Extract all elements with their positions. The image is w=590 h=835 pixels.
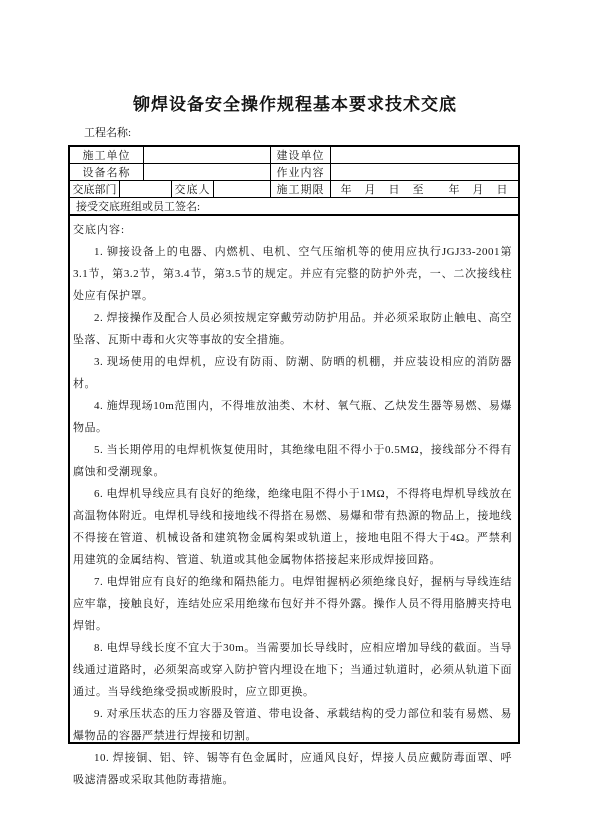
content-paragraph-2: 2. 焊接操作及配合人员必须按规定穿戴劳动防护用品。并必须采取防止触电、高空坠落… — [73, 307, 512, 351]
client-unit-value — [331, 147, 518, 163]
content-paragraph-3: 3. 现场使用的电焊机，应设有防雨、防潮、防晒的机棚，并应装设相应的消防器材。 — [73, 351, 512, 395]
disclosure-content-cell: 交底内容: 1. 铆接设备上的电器、内燃机、电机、空气压缩机等的使用应执行JGJ… — [70, 216, 518, 791]
disclosure-form-table: 施工单位 建设单位 设备名称 作业内容 交底部门 交底人 施工期限 年 月 日 … — [68, 145, 520, 744]
content-paragraph-1: 1. 铆接设备上的电器、内燃机、电机、空气压缩机等的使用应执行JGJ33-200… — [73, 241, 512, 307]
content-paragraph-5: 5. 当长期停用的电焊机恢复使用时，其绝缘电阻不得小于0.5MΩ，接线部分不得有… — [73, 439, 512, 483]
row-disclosure: 交底部门 交底人 施工期限 年 月 日 至 年 月 日 — [70, 181, 518, 198]
content-heading: 交底内容: — [73, 219, 512, 241]
discloser-value — [214, 181, 271, 197]
construction-period-label: 施工期限 — [271, 181, 331, 197]
project-name-label: 工程名称: — [84, 127, 590, 140]
construction-period-value: 年 月 日 至 年 月 日 — [331, 181, 518, 197]
client-unit-label: 建设单位 — [271, 147, 331, 163]
signature-label: 接受交底班组或员工签名: — [70, 198, 518, 214]
row-signature-label: 接受交底班组或员工签名: — [70, 198, 518, 215]
equipment-name-label: 设备名称 — [70, 164, 144, 180]
row-content: 交底内容: 1. 铆接设备上的电器、内燃机、电机、空气压缩机等的使用应执行JGJ… — [70, 216, 518, 791]
document-page: 铆焊设备安全操作规程基本要求技术交底 工程名称: 施工单位 建设单位 设备名称 … — [0, 0, 590, 835]
content-paragraph-4: 4. 施焊现场10m范围内，不得堆放油类、木材、氧气瓶、乙炔发生器等易燃、易爆物… — [73, 395, 512, 439]
disclosure-dept-label: 交底部门 — [70, 181, 120, 197]
content-paragraph-7: 7. 电焊钳应有良好的绝缘和隔热能力。电焊钳握柄必须绝缘良好，握柄与导线连结应牢… — [73, 571, 512, 637]
work-content-label: 作业内容 — [271, 164, 331, 180]
discloser-label: 交底人 — [172, 181, 214, 197]
content-paragraph-8: 8. 电焊导线长度不宜大于30m。当需要加长导线时，应相应增加导线的截面。当导线… — [73, 637, 512, 703]
row-units: 施工单位 建设单位 — [70, 147, 518, 164]
content-paragraph-6: 6. 电焊机导线应具有良好的绝缘，绝缘电阻不得小于1MΩ，不得将电焊机导线放在高… — [73, 483, 512, 571]
work-content-value — [331, 164, 518, 180]
construction-unit-label: 施工单位 — [70, 147, 144, 163]
content-paragraph-10: 10. 焊接铜、铝、锌、锡等有色金属时，应通风良好，焊接人员应戴防毒面罩、呼吸滤… — [73, 747, 512, 791]
content-paragraph-9: 9. 对承压状态的压力容器及管道、带电设备、承载结构的受力部位和装有易燃、易爆物… — [73, 703, 512, 747]
row-equipment: 设备名称 作业内容 — [70, 164, 518, 181]
construction-unit-value — [144, 147, 271, 163]
equipment-name-value — [144, 164, 271, 180]
document-title: 铆焊设备安全操作规程基本要求技术交底 — [0, 0, 590, 115]
disclosure-dept-value — [120, 181, 172, 197]
